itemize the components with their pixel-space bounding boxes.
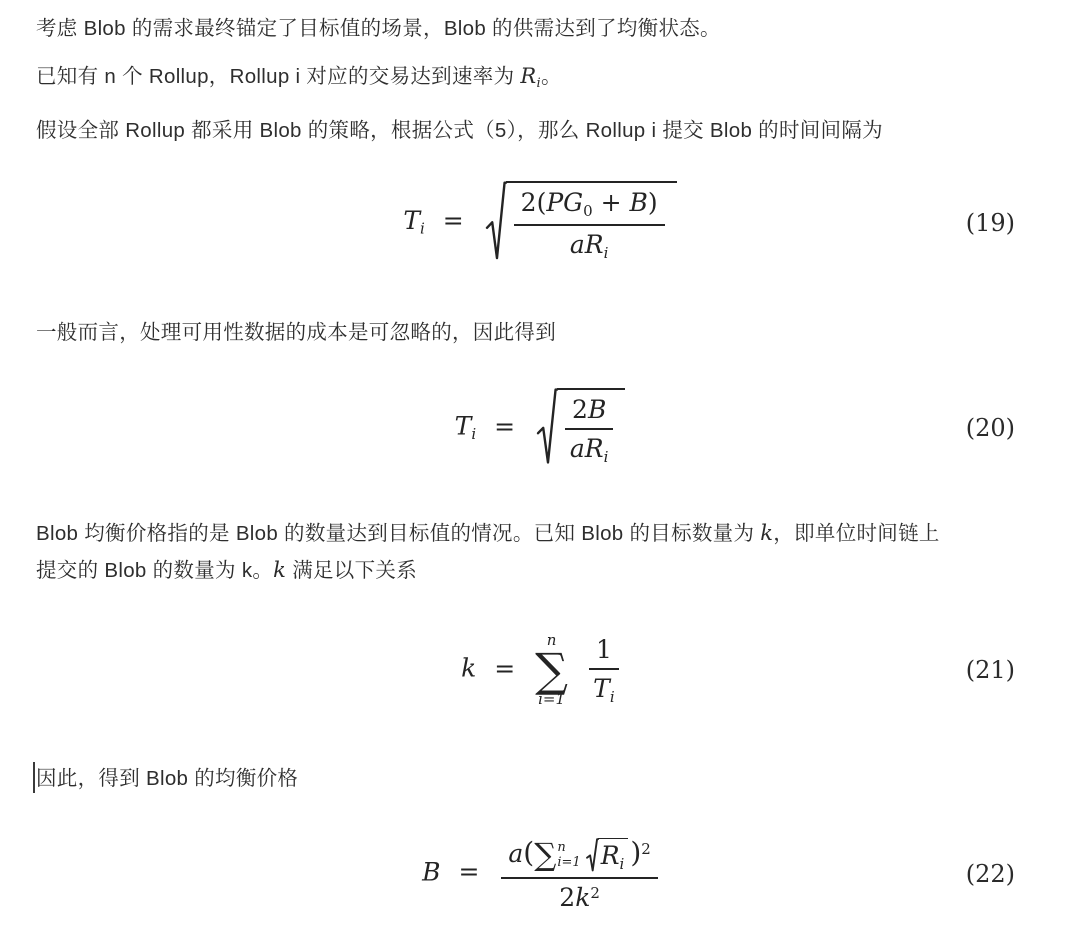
article-page: 考虑 Blob 的需求最终锚定了目标值的场景，Blob 的供需达到了均衡状态。 … [0, 0, 1080, 929]
var-T: T [403, 206, 420, 235]
var-T-sub: i [420, 220, 425, 238]
equation-21-math: k = n ∑ i=1 1 Ti [461, 633, 619, 707]
fraction: 2B aRi [565, 395, 613, 466]
exponent: 2 [590, 884, 600, 902]
paragraph-1-text: 考虑 Blob 的需求最终锚定了目标值的场景，Blob 的供需达到了均衡状态。 [36, 17, 721, 40]
var-T: T [455, 412, 472, 441]
fraction: 2(PG0 + B) aRi [514, 188, 665, 262]
var-T-sub: i [471, 425, 476, 443]
sum-inline: ∑ni=1 [534, 841, 580, 871]
paragraph-3: 假设全部 Rollup 都采用 Blob 的策略，根据公式（5），那么 Roll… [36, 115, 1050, 146]
paragraph-5-suffix: ，即单位时间链上 [773, 522, 939, 545]
sum-upper-limit: n [557, 841, 565, 856]
fraction-numerator: 2B [565, 395, 613, 430]
paragraph-5-line2-text: 提交的 Blob 的数量为 k。 [36, 559, 273, 582]
equation-20: Ti = 2B aRi (20) [36, 382, 1044, 474]
equation-20-math: Ti = 2B aRi [455, 388, 626, 468]
fraction: 1 Ti [589, 635, 619, 706]
paragraph-2-suffix: 。 [541, 65, 562, 88]
inline-var-k: k [760, 521, 773, 545]
exponent: 2 [641, 840, 651, 858]
fraction-denominator: 2k2 [559, 879, 600, 912]
equals-sign: = [443, 206, 464, 235]
fraction-numerator: a(∑ni=1Ri)2 [501, 836, 657, 879]
fraction-denominator: Ti [593, 670, 615, 706]
equals-sign: = [494, 412, 515, 441]
fraction-numerator: 2(PG0 + B) [514, 188, 665, 226]
paragraph-4: 一般而言，处理可用性数据的成本是可忽略的，因此得到 [36, 317, 1050, 348]
radicand: 2(PG0 + B) aRi [506, 181, 677, 264]
fraction-numerator: 1 [589, 635, 619, 670]
fraction-denominator: aRi [570, 226, 609, 262]
radical-sign-icon [587, 838, 598, 873]
paragraph-3-text: 假设全部 Rollup 都采用 Blob 的策略，根据公式（5），那么 Roll… [36, 119, 883, 142]
sqrt-expression: Ri [587, 838, 629, 873]
fraction: a(∑ni=1Ri)2 2k2 [501, 836, 657, 912]
paragraph-5-text: Blob 均衡价格指的是 Blob 的数量达到目标值的情况。已知 Blob 的目… [36, 522, 760, 545]
radicand: 2B aRi [557, 388, 625, 468]
paragraph-5-line2-suffix: 满足以下关系 [286, 559, 417, 582]
equals-sign: = [494, 654, 515, 683]
sum-lower-limit: i=1 [557, 856, 580, 871]
inline-var-R: R [520, 64, 536, 88]
var-k: k [461, 654, 476, 683]
equation-19: Ti = 2(PG0 + B) aRi (19) [36, 170, 1044, 275]
text-caret [33, 762, 35, 793]
sigma-icon: ∑ [534, 842, 556, 870]
sum-with-limits: n ∑ i=1 [535, 633, 568, 707]
radical-sign-icon [538, 388, 557, 468]
paragraph-4-text: 一般而言，处理可用性数据的成本是可忽略的，因此得到 [36, 321, 556, 344]
radicand: Ri [598, 838, 629, 873]
var-B: B [422, 857, 440, 886]
sqrt-expression: 2B aRi [538, 388, 625, 468]
paragraph-5-line-1: Blob 均衡价格指的是 Blob 的数量达到目标值的情况。已知 Blob 的目… [36, 518, 1050, 549]
paragraph-5-line-2: 提交的 Blob 的数量为 k。k 满足以下关系 [36, 555, 1050, 586]
equation-22: B = a(∑ni=1Ri)2 2k2 (22) [36, 830, 1044, 918]
paragraph-6: 因此，得到 Blob 的均衡价格 [36, 763, 1050, 794]
paragraph-1: 考虑 Blob 的需求最终锚定了目标值的场景，Blob 的供需达到了均衡状态。 [36, 13, 1050, 44]
equation-21: k = n ∑ i=1 1 Ti (21) [36, 622, 1044, 718]
radical-sign-icon [487, 181, 506, 264]
paragraph-2: 已知有 n 个 Rollup，Rollup i 对应的交易达到速率为 Ri。 [36, 61, 1050, 99]
sigma-icon: ∑ [535, 648, 568, 692]
sqrt-expression: 2(PG0 + B) aRi [487, 181, 677, 264]
equation-21-label: (21) [966, 656, 1015, 684]
equals-sign: = [458, 857, 479, 886]
inline-var-k: k [273, 558, 286, 582]
equation-20-label: (20) [966, 414, 1015, 442]
equation-19-label: (19) [966, 209, 1015, 237]
equation-22-math: B = a(∑ni=1Ri)2 2k2 [422, 836, 658, 912]
sum-lower-limit: i=1 [538, 692, 565, 707]
equation-19-math: Ti = 2(PG0 + B) aRi [403, 181, 676, 264]
equation-22-label: (22) [966, 860, 1015, 888]
fraction-denominator: aRi [570, 430, 609, 466]
paragraph-2-text: 已知有 n 个 Rollup，Rollup i 对应的交易达到速率为 [36, 65, 520, 88]
paragraph-6-text: 因此，得到 Blob 的均衡价格 [36, 767, 298, 790]
sum-side-limits: ni=1 [557, 841, 580, 871]
